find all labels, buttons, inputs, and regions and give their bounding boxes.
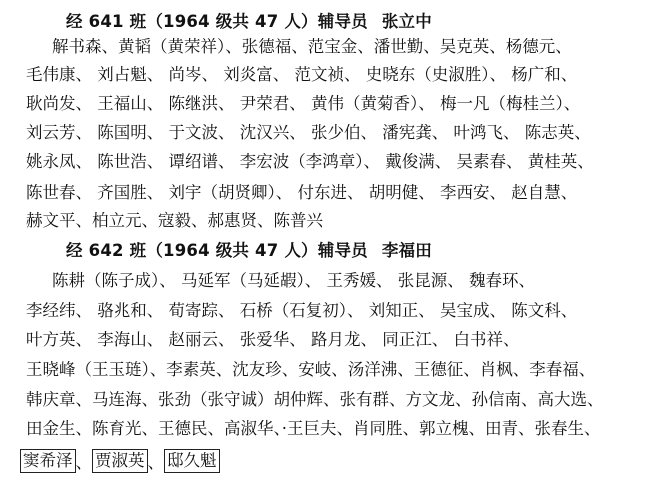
class-642-boxed-names-line: 窦希泽、贾淑英、邸久魁 [20, 448, 652, 474]
class-642-roster-line: 陈耕（陈子成）、 马延军（马延嘏）、 王秀媛、 张昆源、 魏春环、 [52, 266, 658, 292]
class-642-roster-line: 韩庆章、马连海、张劲（张守诚）胡仲辉、张有群、方文龙、孙信南、高大选、 [26, 385, 658, 411]
class-641-counselor: 张立中 [382, 12, 432, 31]
name-separator: 、 [148, 449, 165, 473]
class-641-roster-line: 赫文平、柏立元、寇毅、郝惠贤、陈普兴 [26, 206, 658, 232]
highlighted-name: 邸久魁 [164, 449, 220, 473]
highlighted-name: 窦希泽 [20, 449, 76, 473]
class-641-roster-line: 刘云芳、 陈国明、 于文波、 沈汉兴、 张少伯、 潘宪龚、 叶鸿飞、 陈志英、 [26, 118, 658, 144]
class-642-heading: 经 642 班（1964 级共 47 人）辅导员李福田 [66, 237, 432, 261]
highlighted-name: 贾淑英 [92, 449, 148, 473]
class-641-roster-line: 解书森、黄韬（黄荣祥）、张德福、范宝金、潘世勤、吴克英、杨德元、 [52, 32, 658, 58]
class-641-roster-line: 姚永凤、 陈世浩、 谭绍谱、 李宏波（李鸿章）、 戴俊满、 吴素春、 黄桂英、 [26, 147, 658, 173]
class-641-heading: 经 641 班（1964 级共 47 人）辅导员张立中 [66, 8, 432, 32]
class-641-roster-line: 毛伟康、 刘占魁、 尚岑、 刘炎富、 范文祯、 史晓东（史淑胜）、 杨广和、 [26, 60, 658, 86]
class-641-roster-line: 陈世春、 齐国胜、 刘宇（胡贤卿）、 付东进、 胡明健、 李西安、 赵自慧、 [26, 178, 658, 204]
class-642-counselor: 李福田 [382, 241, 432, 260]
name-separator: 、 [76, 449, 93, 473]
class-642-roster-line: 田金生、陈育光、王德民、高淑华、·王巨夫、肖同胜、郭立槐、田青、张春生、 [26, 414, 658, 440]
class-642-roster-line: 叶方英、 李海山、 赵丽云、 张爱华、 路月龙、 同正江、 白书祥、 [26, 325, 658, 351]
class-642-label: 经 642 班（1964 级共 47 人）辅导员 [66, 241, 368, 260]
class-641-roster-line: 耿尚发、 王福山、 陈继洪、 尹荣君、 黄伟（黄菊香）、 梅一凡（梅桂兰）、 [26, 89, 658, 115]
class-641-label: 经 641 班（1964 级共 47 人）辅导员 [66, 12, 368, 31]
class-642-roster-line: 李经纬、 骆兆和、 荀寄踪、 石桥（石复初）、 刘知正、 吴宝成、 陈文科、 [26, 296, 658, 322]
document-page: 经 641 班（1964 级共 47 人）辅导员张立中 解书森、黄韬（黄荣祥）、… [0, 0, 660, 483]
class-642-roster-line: 王晓峰（王玉琏）、李素英、沈友珍、安岐、汤洋沸、王德征、肖枫、李春福、 [26, 355, 658, 381]
